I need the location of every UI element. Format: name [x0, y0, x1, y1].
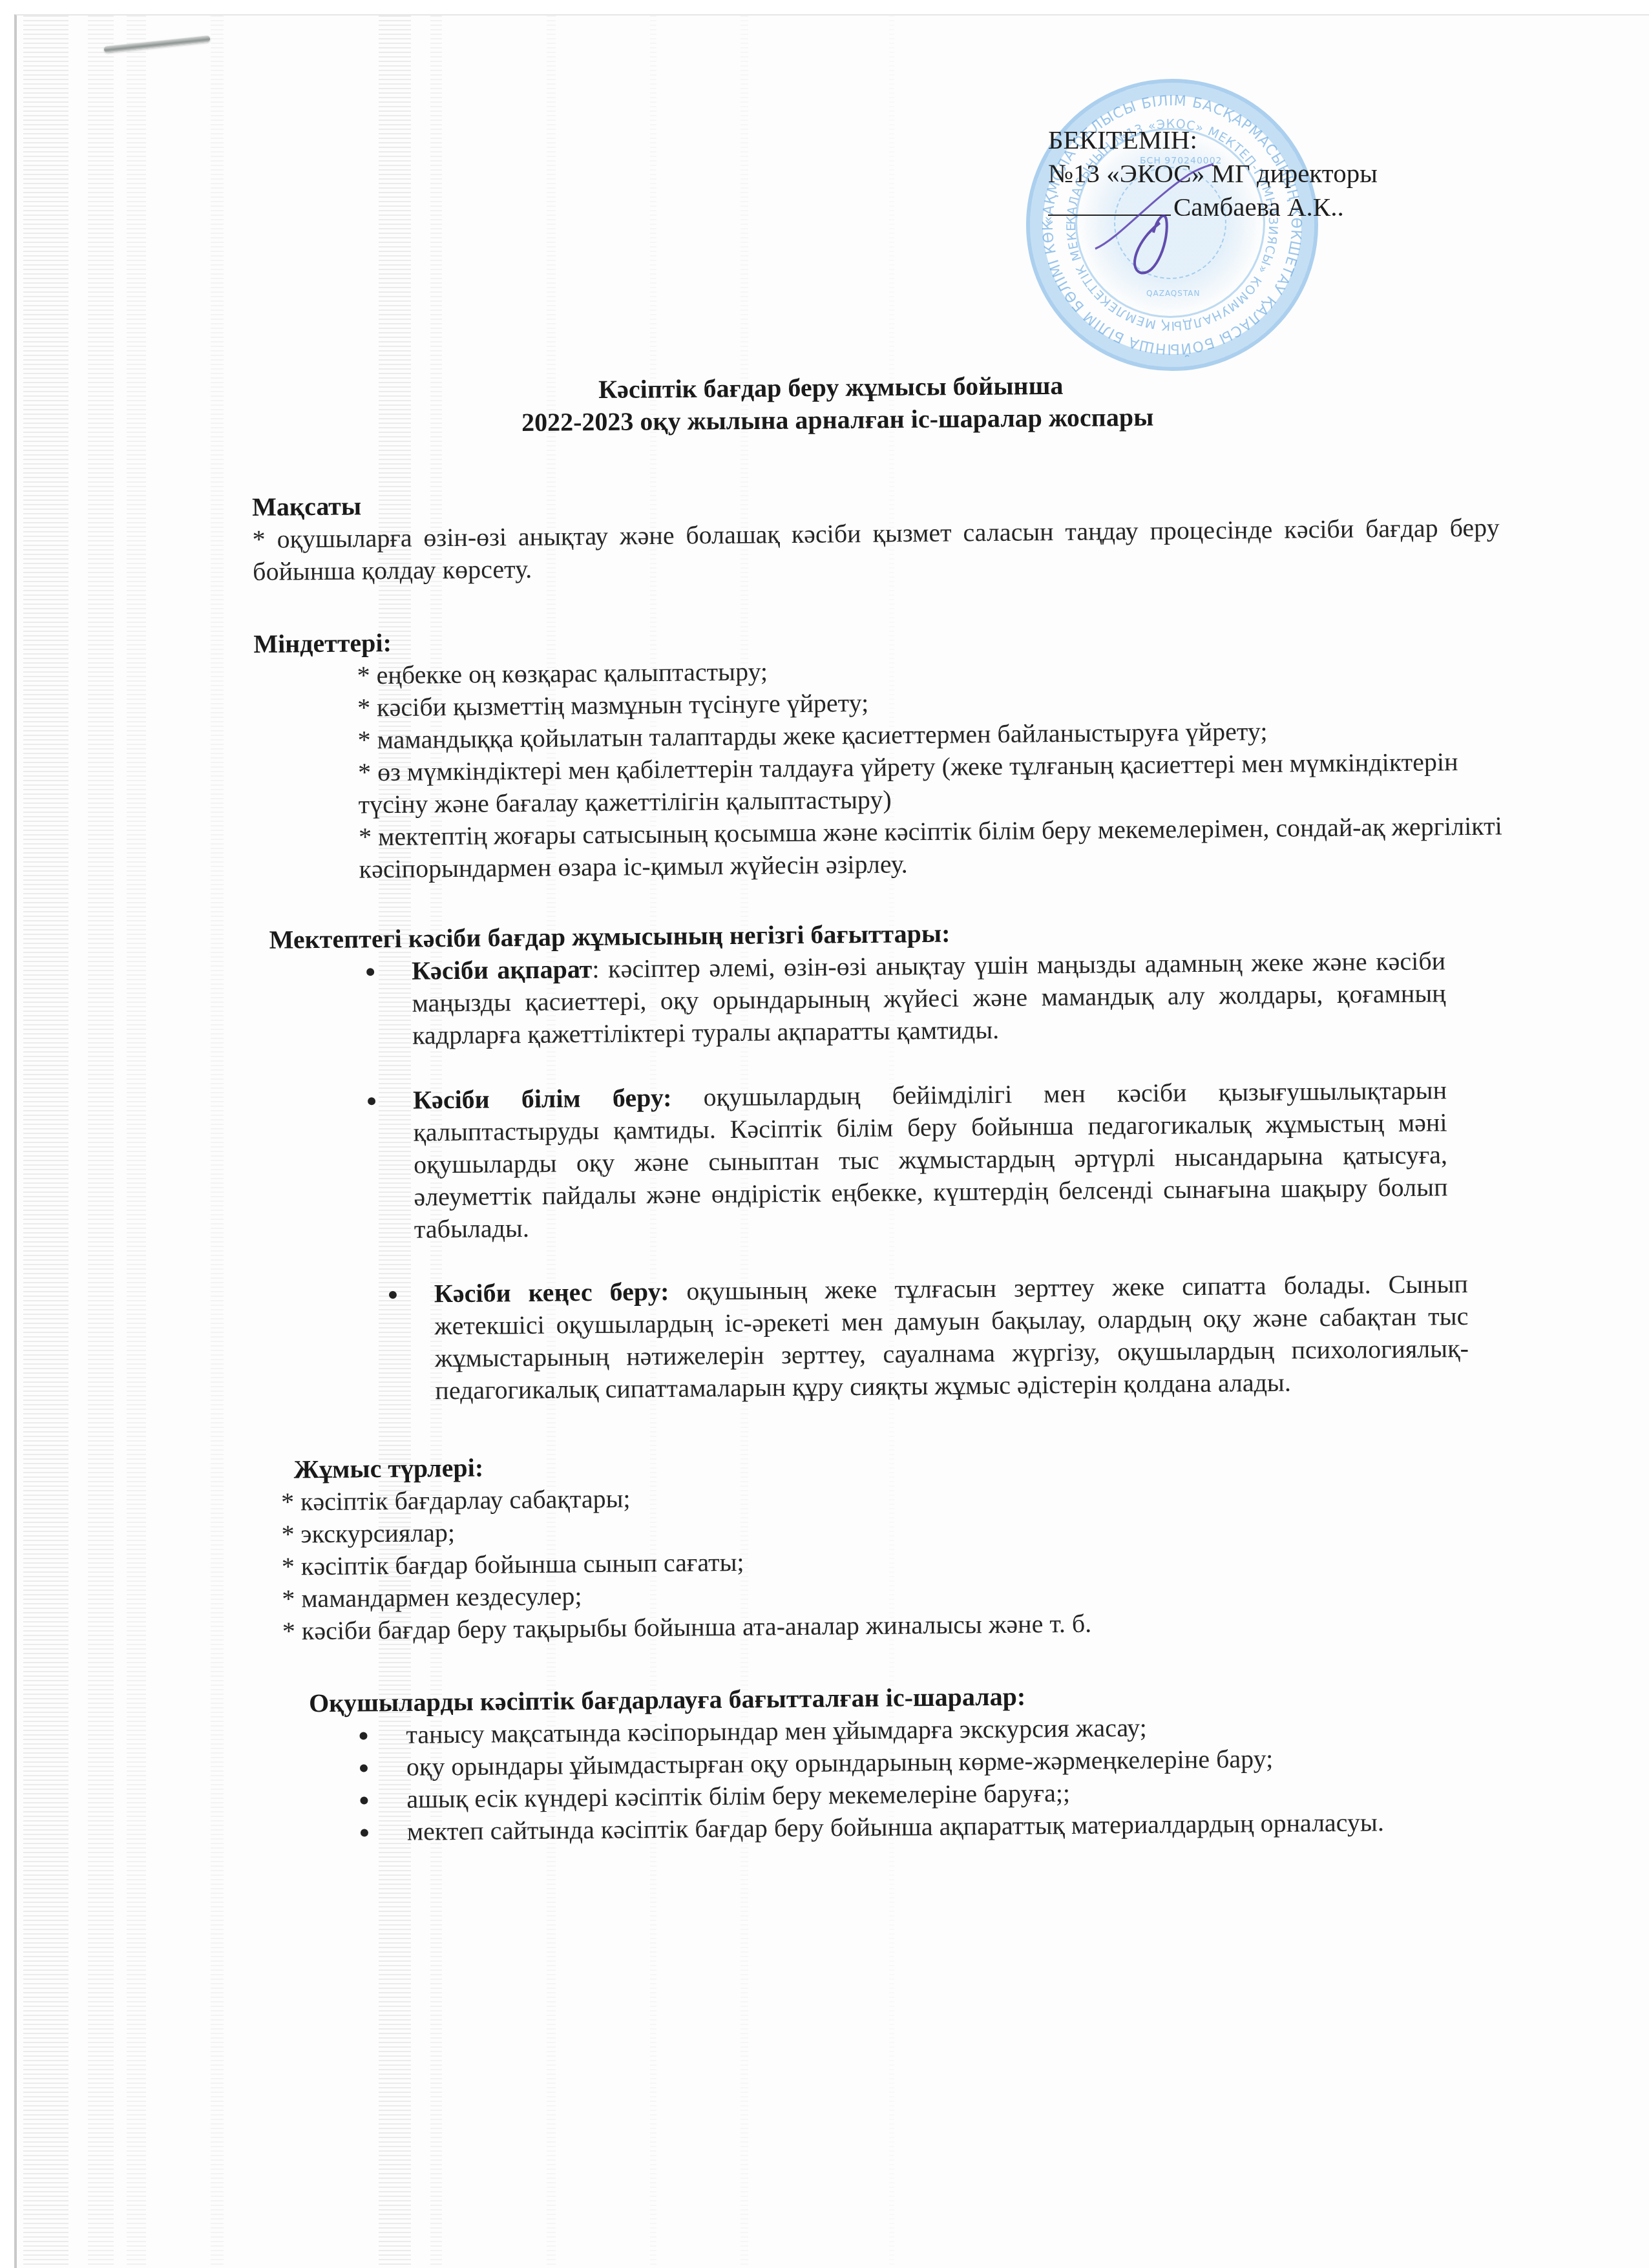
direction-item: Кәсіби ақпарат: кәсіптер әлемі, өзін-өзі…: [412, 945, 1446, 1051]
bullet-icon: [368, 1097, 375, 1105]
goal-section: Мақсаты * оқушыларға өзін-өзі анықтау жә…: [252, 479, 1519, 588]
direction-separator: [671, 1082, 704, 1111]
direction-separator: :: [592, 954, 608, 983]
direction-term: Кәсіби білім беру:: [413, 1083, 672, 1115]
bullet-icon: [389, 1291, 397, 1299]
document-body: Мақсаты * оқушыларға өзін-өзі анықтау жә…: [252, 479, 1531, 1849]
direction-term: Кәсіби ақпарат: [412, 954, 593, 985]
scan-noise: [127, 16, 146, 2268]
bullet-icon: [360, 1764, 368, 1772]
direction-separator: [669, 1277, 687, 1306]
scan-noise: [88, 16, 114, 2268]
task-item: * мектептің жоғары сатысының қосымша жән…: [359, 810, 1509, 885]
bullet-icon: [360, 1796, 368, 1804]
staple-icon: [103, 36, 210, 53]
work-types-section: Жұмыс түрлері: * кәсіптік бағдарлау саба…: [261, 1442, 1529, 1648]
directions-section: Мектептегі кәсіби бағдар жұмысының негіз…: [256, 912, 1527, 1409]
direction-item: Кәсіби кеңес беру: оқушының жеке тұлғасы…: [434, 1268, 1469, 1407]
activity-text: ашық есік күндері кәсіптік білім беру ме…: [406, 1778, 1070, 1814]
bullet-icon: [366, 968, 374, 976]
approval-label: БЕКІТЕМІН:: [1048, 123, 1378, 156]
scan-noise: [211, 16, 224, 2268]
direction-term: Кәсіби кеңес беру:: [434, 1277, 669, 1308]
scan-noise: [23, 16, 68, 2268]
direction-item: Кәсіби білім беру: оқушылардың бейімділі…: [413, 1074, 1448, 1245]
task-item: * өз мүмкіндіктері мен қабілеттерін талд…: [358, 745, 1509, 821]
goal-text: * оқушыларға өзін-өзі анықтау және болаш…: [252, 511, 1500, 588]
bullet-icon: [361, 1829, 368, 1836]
activities-section: Оқушыларды кәсіптік бағдарлауға бағыттал…: [264, 1675, 1531, 1849]
tasks-section: Міндеттері: * еңбекке оң көзқарас қалыпт…: [253, 616, 1522, 887]
signature-icon: [1092, 162, 1215, 278]
activity-text: танысу мақсатында кәсіпорындар мен ұйымд…: [406, 1713, 1147, 1749]
bullet-icon: [359, 1732, 367, 1739]
